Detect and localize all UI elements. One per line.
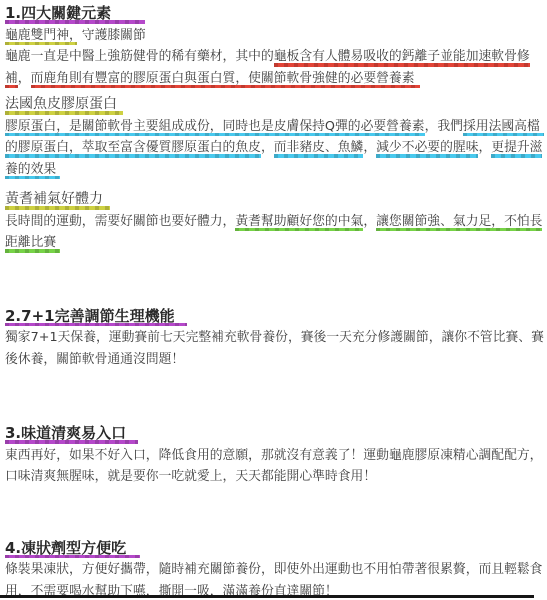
text-line: 東西再好，如果不好入口，降低食用的意願，那就沒有意義了！運動龜鹿膠原凍精心調配配… — [5, 445, 543, 467]
highlighted-text-run: 而非豬皮、魚鱗 — [274, 137, 364, 159]
marker-underline-red — [31, 85, 420, 88]
marker-underline-cyan — [5, 154, 261, 157]
marker-underline-cyan — [491, 154, 542, 157]
highlighted-text-run: 1.四大關鍵元素 — [5, 3, 111, 25]
text-run: 長時間的運動，需要好關節也要好體力， — [5, 211, 235, 233]
highlighted-text-run: 龜鹿雙門神 — [5, 25, 69, 47]
section-astragalus-energy: 黃耆補氣好體力長時間的運動，需要好關節也要好體力，黃耆幫助顧好您的中氣，讓您關節… — [5, 189, 543, 254]
highlighted-text-run: 更提升滋 — [491, 137, 542, 159]
marker-underline-purple — [5, 440, 138, 443]
highlighted-text-run: 龜板含有人體易吸收的鈣離子並能加速軟骨修 — [274, 46, 530, 68]
text-run: 東西再好，如果不好入口，降低食用的意願，那就沒有意義了！運動龜鹿膠原凍精心調配配… — [5, 445, 542, 467]
text-line: 龜鹿雙門神，守護膝關節 — [5, 25, 543, 47]
marker-underline-purple — [5, 20, 145, 23]
text-run: ，我們 — [425, 116, 463, 138]
marker-underline-red — [274, 63, 530, 66]
highlighted-text-run: 的膠原蛋白，萃取至富含優質膠原蛋白的魚皮 — [5, 137, 261, 159]
highlighted-text-run: 而鹿角則有豐富的膠原蛋白與蛋白質，使關節軟骨強健的必要營養素 — [31, 68, 415, 90]
marker-underline-yellow — [5, 111, 123, 114]
heading-line: 4.凍狀劑型方便吃 — [5, 538, 543, 560]
text-line: 長時間的運動，需要好關節也要好體力，黃耆幫助顧好您的中氣，讓您關節強、氣力足，不… — [5, 211, 543, 233]
highlighted-text-run: 補 — [5, 68, 18, 90]
text-line: 龜鹿一直是中醫上強筋健骨的稀有藥材，其中的龜板含有人體易吸收的鈣離子並能加速軟骨… — [5, 46, 543, 68]
marker-underline-yellow — [5, 206, 110, 209]
highlighted-text-run: 養的效果 — [5, 159, 56, 181]
highlighted-text-run: 黃耆補氣好體力 — [5, 189, 103, 211]
highlighted-text-run: 讓您關節強、氣力足，不怕長 — [376, 211, 542, 233]
marker-underline-purple — [5, 555, 140, 558]
text-run: 後休養，關節軟骨通通沒問題！ — [5, 349, 184, 371]
highlighted-text-run: 減少不必要的腥味 — [376, 137, 478, 159]
highlighted-text-run: 3.味道清爽易入口 — [5, 423, 126, 445]
marker-underline-green — [5, 249, 60, 252]
text-line: 獨家7+1天保養，運動賽前七天完整補充軟骨養份，賽後一天充分修護關節，讓你不管比… — [5, 327, 543, 349]
marker-underline-red — [5, 85, 18, 88]
section-four-key-elements: 1.四大關鍵元素龜鹿雙門神，守護膝關節龜鹿一直是中醫上強筋健骨的稀有藥材，其中的… — [5, 3, 543, 89]
subheading-line: 黃耆補氣好體力 — [5, 189, 543, 211]
highlighted-text-run: 4.凍狀劑型方便吃 — [5, 538, 126, 560]
document-page: 1.四大關鍵元素龜鹿雙門神，守護膝關節龜鹿一直是中醫上強筋健骨的稀有藥材，其中的… — [0, 0, 547, 600]
text-line: 距離比賽 — [5, 232, 543, 254]
highlighted-text-run: 2.7+1完善調節生理機能 — [5, 306, 175, 328]
marker-underline-yellow — [5, 42, 77, 45]
marker-underline-green — [235, 228, 363, 231]
marker-underline-cyan — [5, 176, 60, 179]
marker-underline-cyan — [376, 154, 478, 157]
text-run: ， — [18, 68, 31, 90]
text-line: 後休養，關節軟骨通通沒問題！ — [5, 349, 543, 371]
text-run: 口味清爽無腥味，就是要你一吃就愛上，天天都能開心準時食用！ — [5, 466, 376, 488]
text-run: ， — [478, 137, 491, 159]
text-run: 獨家7+1天保養，運動賽前七天完整補充軟骨養份，賽後一天充分修護關節，讓你不管比… — [5, 327, 544, 349]
text-run: ， — [363, 211, 376, 233]
heading-line: 3.味道清爽易入口 — [5, 423, 543, 445]
text-line: 補，而鹿角則有豐富的膠原蛋白與蛋白質，使關節軟骨強健的必要營養素 — [5, 68, 543, 90]
highlighted-text-run: 採用法國高檔 — [463, 116, 540, 138]
text-line: 養的效果 — [5, 159, 543, 181]
section-refreshing-taste: 3.味道清爽易入口東西再好，如果不好入口，降低食用的意願，那就沒有意義了！運動龜… — [5, 423, 543, 488]
marker-underline-cyan — [5, 133, 425, 136]
text-line: 膠原蛋白，是關節軟骨主要組成成份，同時也是皮膚保持Q彈的必要營養素，我們採用法國… — [5, 116, 543, 138]
highlighted-text-run: 黃耆幫助顧好您的中氣 — [235, 211, 363, 233]
marker-underline-purple — [5, 323, 187, 326]
text-line: 口味清爽無腥味，就是要你一吃就愛上，天天都能開心準時食用！ — [5, 466, 543, 488]
text-line: 的膠原蛋白，萃取至富含優質膠原蛋白的魚皮，而非豬皮、魚鱗，減少不必要的腥味，更提… — [5, 137, 543, 159]
section-7plus1-regimen: 2.7+1完善調節生理機能獨家7+1天保養，運動賽前七天完整補充軟骨養份，賽後一… — [5, 306, 543, 371]
document-body: 1.四大關鍵元素龜鹿雙門神，守護膝關節龜鹿一直是中醫上強筋健骨的稀有藥材，其中的… — [5, 3, 543, 600]
section-jelly-format: 4.凍狀劑型方便吃條裝果凍狀，方便好攜帶，隨時補充關節養份，即使外出運動也不用怕… — [5, 538, 543, 600]
heading-line: 1.四大關鍵元素 — [5, 3, 543, 25]
highlighted-text-run: 距離比賽 — [5, 232, 56, 254]
text-run: ， — [261, 137, 274, 159]
section-french-fish-collagen: 法國魚皮膠原蛋白膠原蛋白，是關節軟骨主要組成成份，同時也是皮膚保持Q彈的必要營養… — [5, 94, 543, 180]
text-run: 條裝果凍狀，方便好攜帶，隨時補充關節養份，即使外出運動也不用怕帶著很累贅，而且輕… — [5, 559, 542, 581]
marker-underline-cyan — [463, 133, 544, 136]
bottom-divider — [0, 595, 534, 598]
text-run: 龜鹿一直是中醫上強筋健骨的稀有藥材，其中的 — [5, 46, 274, 68]
highlighted-text-run: 法國魚皮膠原蛋白 — [5, 94, 117, 116]
subheading-line: 法國魚皮膠原蛋白 — [5, 94, 543, 116]
text-line: 條裝果凍狀，方便好攜帶，隨時補充關節養份，即使外出運動也不用怕帶著很累贅，而且輕… — [5, 559, 543, 581]
marker-underline-cyan — [274, 154, 364, 157]
marker-underline-green — [376, 228, 542, 231]
text-run: ， — [363, 137, 376, 159]
text-run: ，守護膝關節 — [69, 25, 146, 47]
heading-line: 2.7+1完善調節生理機能 — [5, 306, 543, 328]
highlighted-text-run: 膠原蛋白，是關節軟骨主要組成成份，同時也是皮膚保持Q彈的必要營養素 — [5, 116, 425, 138]
